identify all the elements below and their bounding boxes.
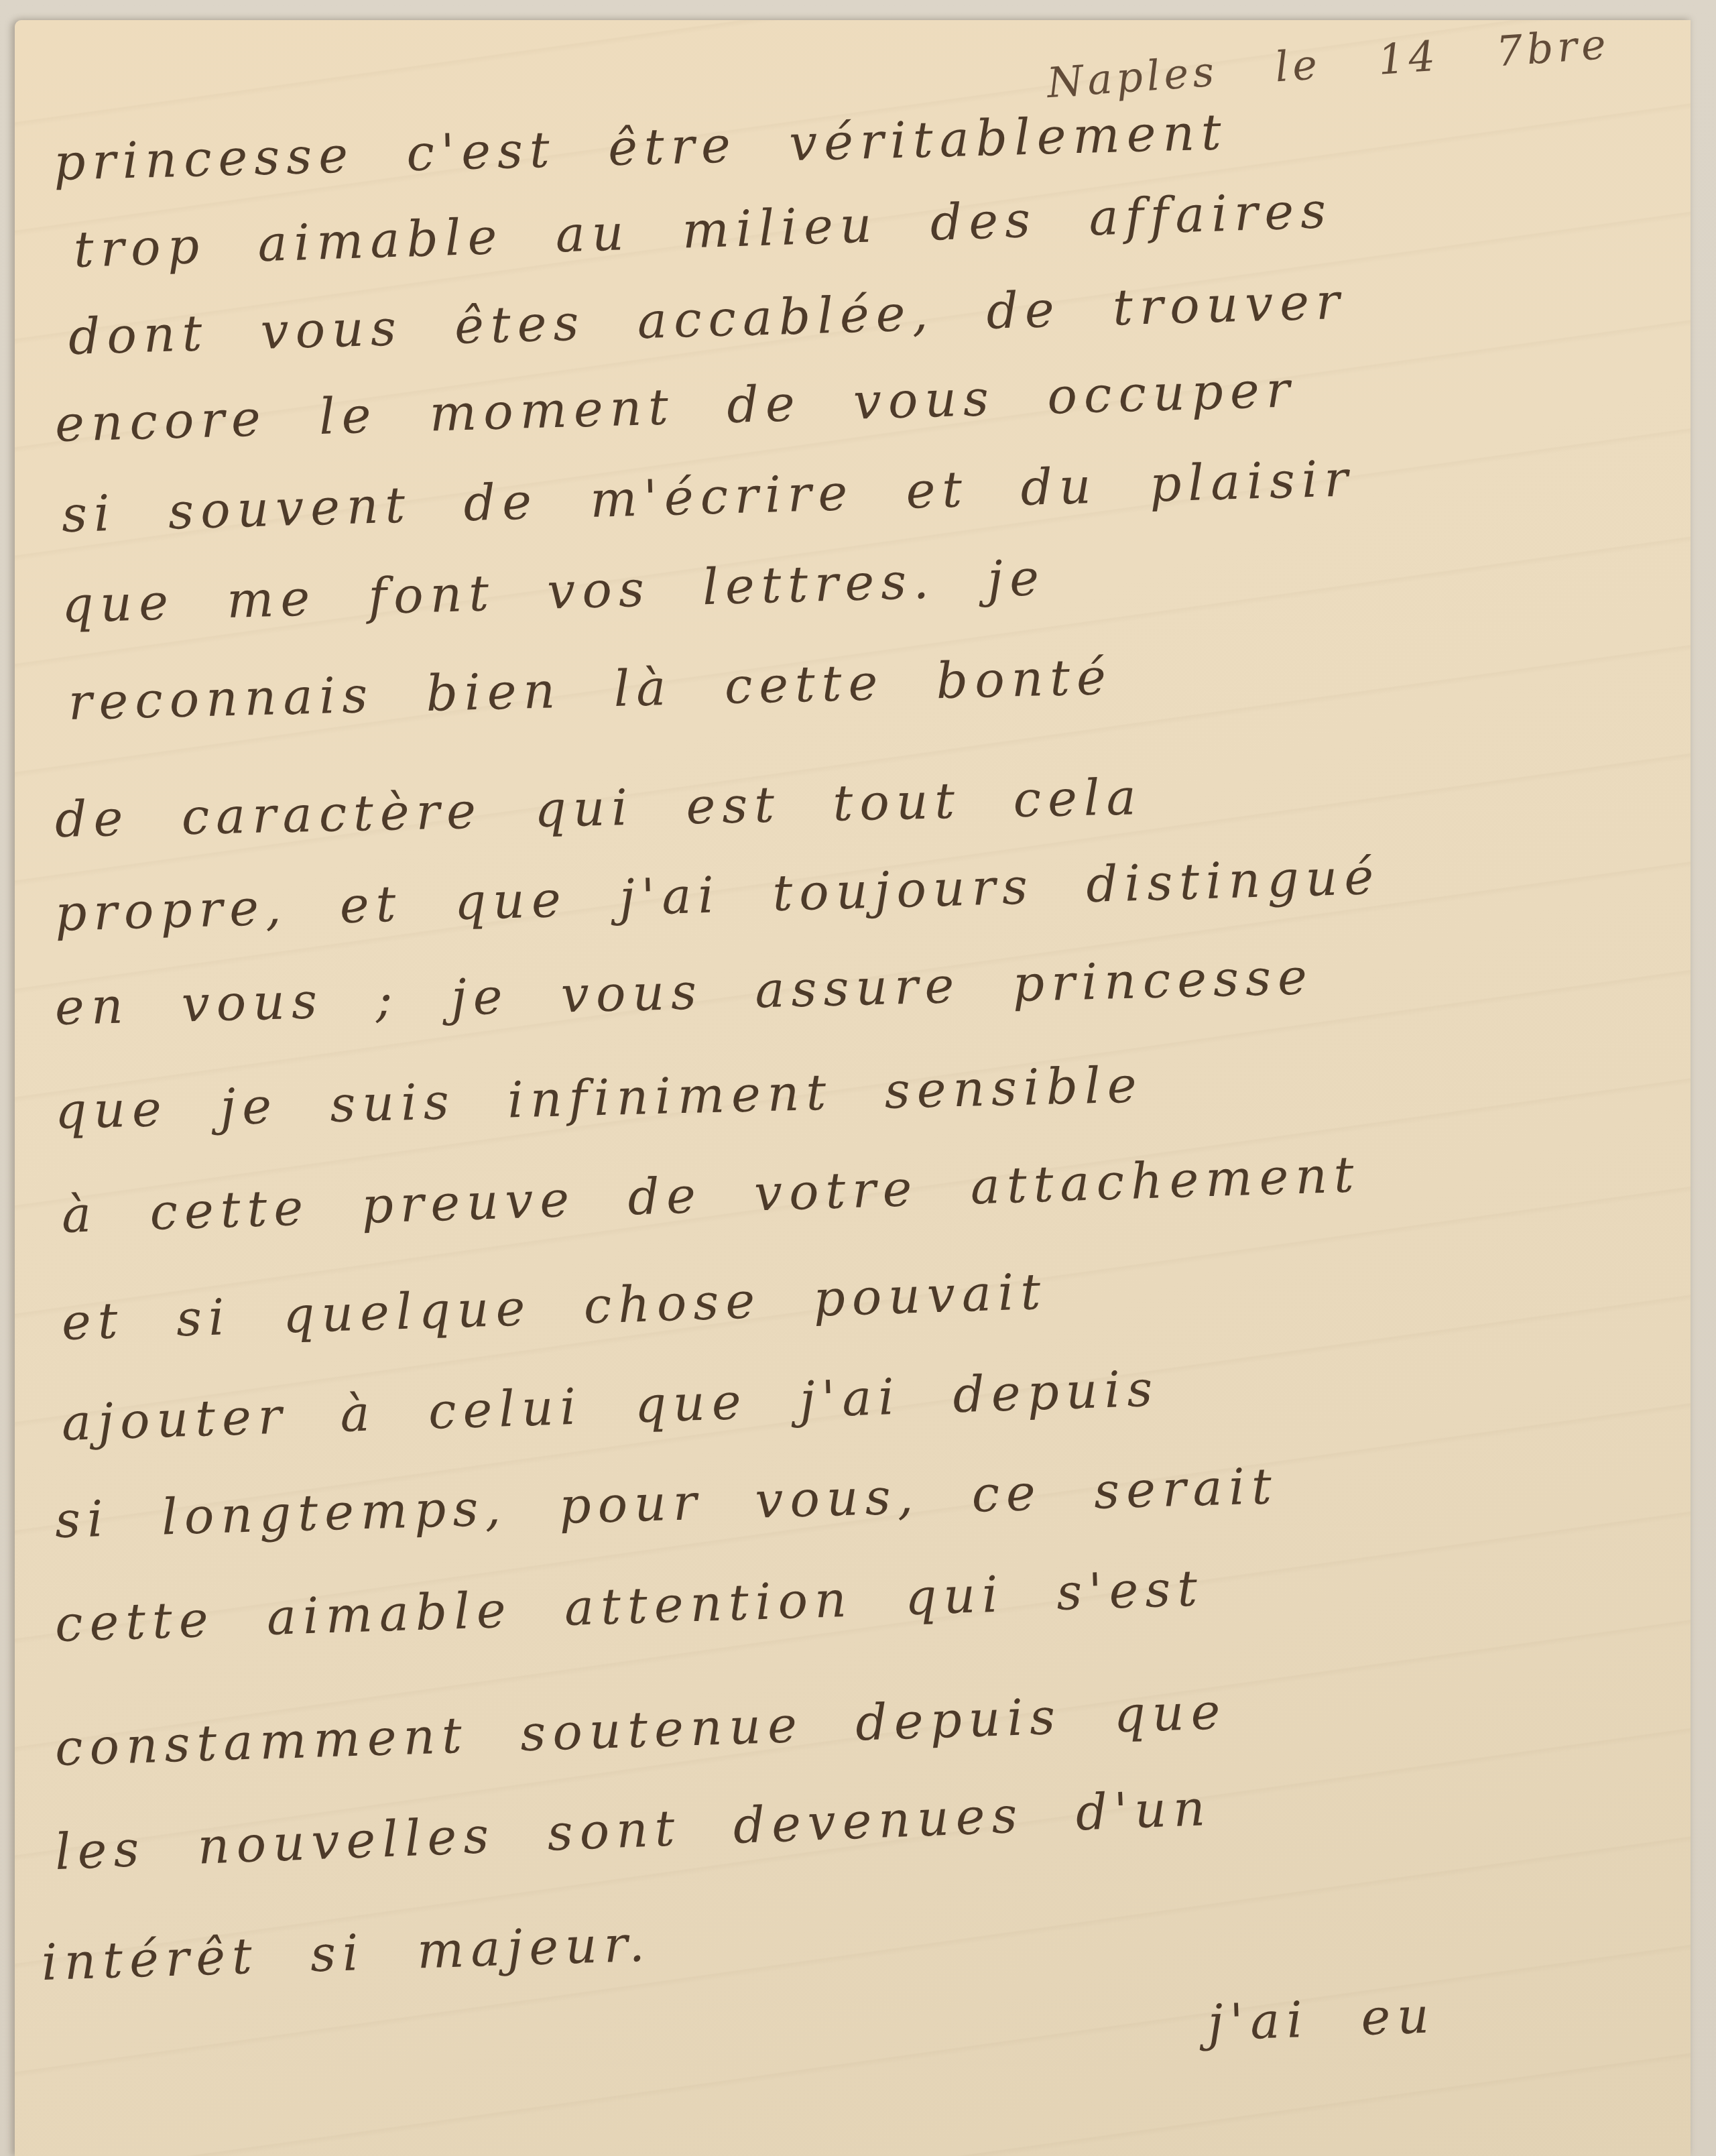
- letter-line: en vous ; je vous assure princesse: [54, 948, 1314, 1036]
- letter-line: princesse c'est être véritablement: [53, 103, 1229, 192]
- letter-line: constamment soutenue depuis que: [54, 1683, 1228, 1777]
- letter-line: si souvent de m'écrire et du plaisir: [61, 450, 1355, 544]
- letter-line: et si quelque chose pouvait: [61, 1263, 1048, 1352]
- letter-line: dont vous êtes accablée, de trouver: [68, 273, 1347, 366]
- letter-line: de caractère qui est tout cela: [54, 768, 1143, 849]
- letter-line: encore le moment de vous occuper: [54, 361, 1297, 453]
- letter-line: intérêt si majeur.: [41, 1915, 652, 1992]
- letter-line: cette aimable attention qui s'est: [54, 1559, 1205, 1653]
- letter-page: Naples le 14 7bre princesse c'est être v…: [15, 20, 1691, 2156]
- letter-line: j'ai eu: [1207, 1986, 1436, 2052]
- letter-line: ajouter à celui que j'ai depuis: [61, 1360, 1160, 1452]
- letter-line: que me font vos lettres. je: [61, 549, 1046, 634]
- dateline: Naples le 14 7bre: [1045, 19, 1611, 108]
- letter-line: reconnais bien là cette bonté: [68, 648, 1113, 731]
- letter-line: propre, et que j'ai toujours distingué: [54, 848, 1381, 943]
- letter-line: les nouvelles sont devenues d'un: [54, 1779, 1213, 1881]
- letter-line: trop aimable au milieu des affaires: [73, 182, 1334, 279]
- letter-line: à cette preuve de votre attachement: [61, 1146, 1361, 1244]
- letter-line: si longtemps, pour vous, ce serait: [54, 1457, 1279, 1549]
- letter-line: que je suis infiniment sensible: [54, 1056, 1144, 1140]
